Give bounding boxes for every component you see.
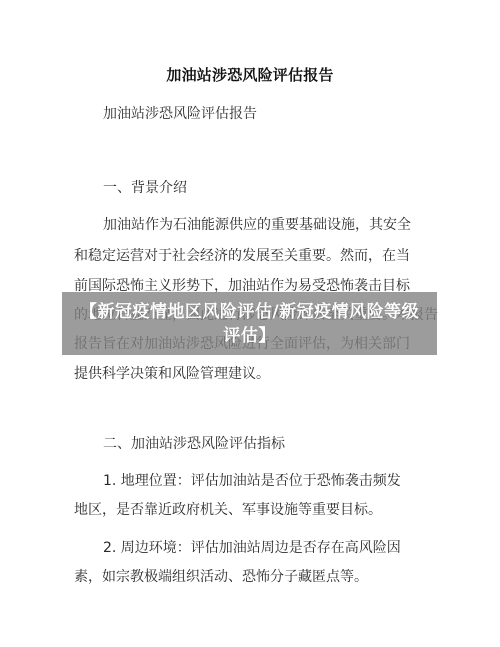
list-item-line: 1. 地理位置：评估加油站是否位于恐怖袭击频发	[103, 471, 401, 491]
paragraph-line: 提供科学决策和风险管理建议。	[74, 364, 270, 384]
banner-title: 【新冠疫情地区风险评估/新冠疫情风险等级评估】	[72, 300, 427, 348]
section-heading-background: 一、背景介绍	[103, 178, 187, 198]
section-heading-indicators: 二、加油站涉恐风险评估指标	[103, 434, 285, 454]
paragraph-line: 加油站作为石油能源供应的重要基础设施，其安全	[103, 215, 411, 235]
document-title: 加油站涉恐风险评估报告	[0, 64, 500, 85]
list-item-line: 素，如宗教极端组织活动、恐怖分子藏匿点等。	[74, 567, 368, 587]
list-item-line: 2. 周边环境：评估加油站周边是否存在高风险因	[103, 538, 401, 558]
paragraph-line: 和稳定运营对于社会经济的发展至关重要。然而，在当	[74, 246, 410, 266]
document-subtitle: 加油站涉恐风险评估报告	[103, 104, 257, 124]
list-item-line: 地区，是否靠近政府机关、军事设施等重要目标。	[74, 500, 382, 520]
title-overlay-banner: 【新冠疫情地区风险评估/新冠疫情风险等级评估】	[62, 292, 437, 355]
